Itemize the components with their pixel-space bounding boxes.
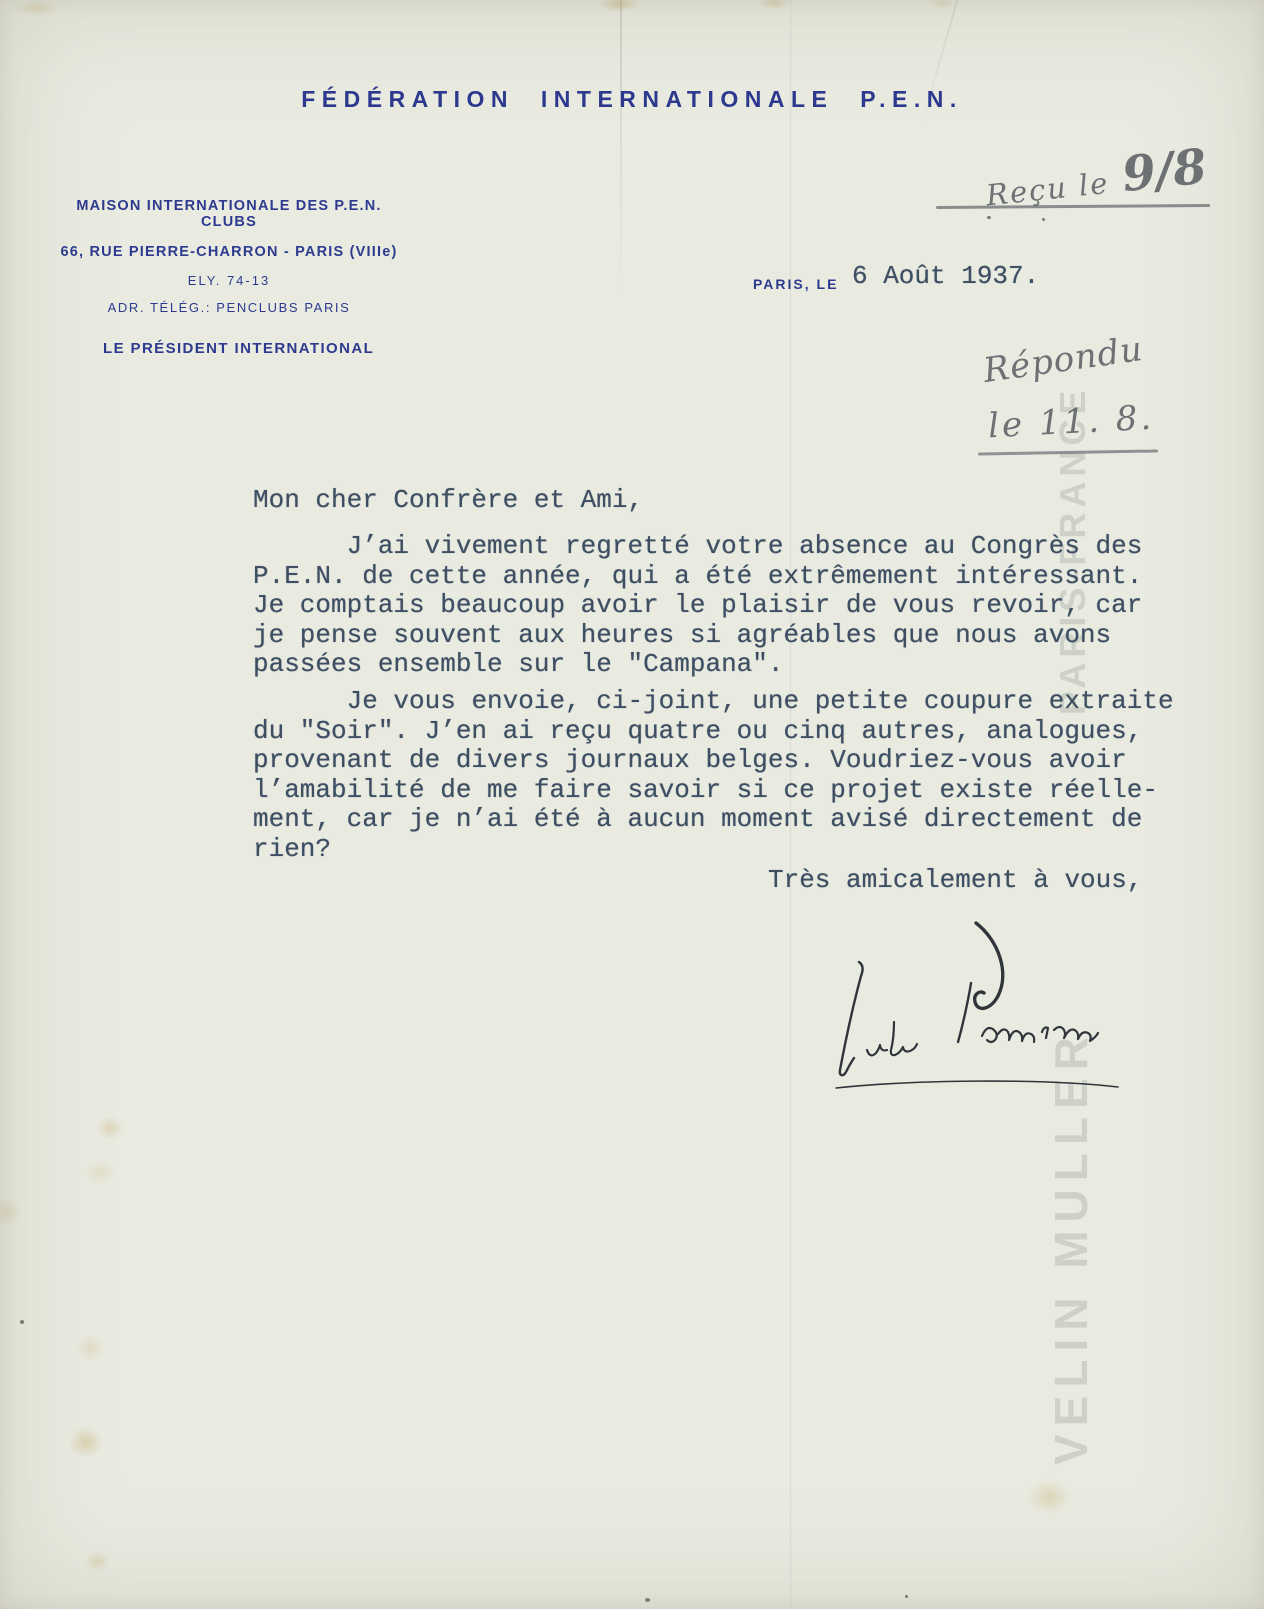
signature-stroke xyxy=(840,962,863,1075)
paper-stain xyxy=(68,1426,104,1458)
paper-speck xyxy=(905,1595,908,1598)
paper-stain xyxy=(598,0,640,12)
paragraph-2: Je vous envoie, ci-joint, une petite cou… xyxy=(253,687,1213,864)
paper-stain xyxy=(758,0,790,10)
org-telegram: ADR. TÉLÉG.: PENCLUBS PARIS xyxy=(58,300,400,315)
paper-stain xyxy=(96,1116,124,1140)
received-date: 9/8 xyxy=(1120,139,1210,204)
sender-title: LE PRÉSIDENT INTERNATIONAL xyxy=(103,340,374,357)
letterhead-block: MAISON INTERNATIONALE DES P.E.N. CLUBS 6… xyxy=(58,198,400,315)
replied-annotation-date: le 11. 8. xyxy=(987,398,1155,447)
salutation: Mon cher Confrère et Ami, xyxy=(253,486,643,516)
signature-stroke xyxy=(982,1027,1098,1042)
paragraph-1: J’ai vivement regretté votre absence au … xyxy=(253,532,1213,680)
paper-speck xyxy=(1042,218,1045,221)
signature-stroke xyxy=(867,1022,917,1055)
paper-stain xyxy=(1026,1478,1072,1516)
signature-stroke xyxy=(975,923,1003,1008)
org-name: MAISON INTERNATIONALE DES P.E.N. CLUBS xyxy=(58,198,400,230)
paper-stain xyxy=(928,0,956,9)
letterhead-title: FÉDÉRATION INTERNATIONALE P.E.N. xyxy=(0,86,1264,113)
paper-speck xyxy=(645,1598,650,1602)
paper-stain xyxy=(74,1334,106,1362)
fold-crease-top xyxy=(620,0,622,300)
paper-stain xyxy=(84,1160,116,1186)
scanned-letter-page: PARIS-FRANCE VELIN MULLER FÉDÉRATION INT… xyxy=(0,0,1264,1609)
org-phone: ELY. 74-13 xyxy=(58,273,400,288)
signature-stroke xyxy=(958,983,971,1042)
paper-stain xyxy=(84,1550,110,1572)
signature-underline xyxy=(836,1081,1118,1088)
dateline-place: PARIS, LE xyxy=(753,276,838,292)
replied-annotation-word: Répondu xyxy=(981,329,1146,391)
signature: Jules Romains xyxy=(770,890,1130,1100)
replied-underline xyxy=(978,449,1158,455)
org-address: 66, RUE PIERRE-CHARRON - PARIS (VIIIe) xyxy=(58,244,400,260)
paper-stain xyxy=(14,0,60,16)
paper-stain xyxy=(0,1198,22,1226)
dateline-date: 6 Août 1937. xyxy=(852,262,1039,292)
paper-speck xyxy=(20,1320,24,1324)
